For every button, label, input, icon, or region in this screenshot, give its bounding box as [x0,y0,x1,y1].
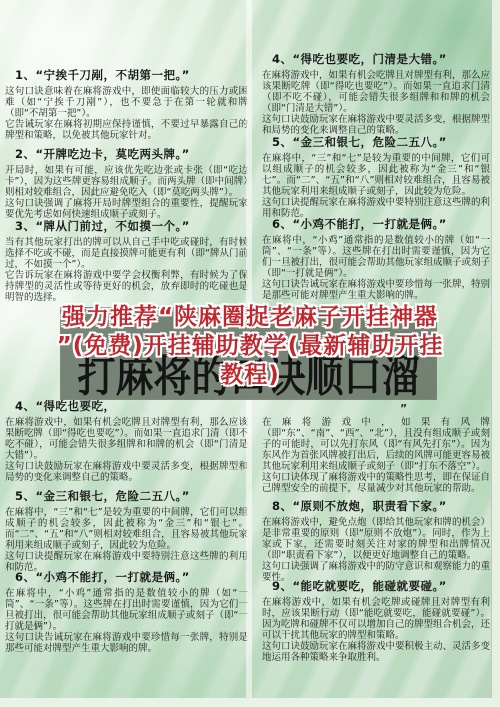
section-title: 2、“开牌吃边卡，莫吃两头牌。” [5,146,248,162]
right-section-5: 5、“金三和银七，危险二五八。” 在麻将中，“三”和“七”是较为重要的中间牌，它… [262,134,490,219]
section-paragraph: 这句口诀鼓励玩家在麻将游戏中要灵活多变，根据牌型和局势的变化来调整自己的策略。 [5,461,248,483]
section-paragraph: 在麻将游戏中，如果有风牌（即“东”、“南”、“西”、“北”），且没有组成顺子或刻… [262,417,490,472]
section-paragraph: 开局时，如果有可能，应该优先吃边张或卡张（即“吃边卡”），因为这些牌更容易组成顺… [5,165,248,198]
section-title: 6、“小鸡不能打，一打就是俩。” [5,569,248,585]
section-paragraph: 在麻将游戏中，避免点炮（即给其他玩家和牌的机会）是非常重要的原则（即“原则不放炮… [262,517,490,561]
section-title: 1、“宁挨千刀剐，不胡第一把。” [5,67,248,83]
promo-title-line-2: ”(免费)开挂辅助教学(最新辅助开挂 [52,332,448,361]
bottom-edge-strip [0,698,500,707]
right-section-8: 8、“原则不放炮，职责看下家。” 在麻将游戏中，避免点炮（即给其他玩家和牌的机会… [262,498,490,583]
section-paragraph: 这句口诀意味着在麻将游戏中，即使面临较大的压力或困难（如“宁挨千刀剐”），也不要… [5,86,248,119]
section-paragraph: 在麻将中，“小鸡”通常指的是数值较小的牌（如“一筒”、“一条”等）。这些牌在打出… [5,588,248,632]
right-edge-strip [491,0,500,707]
section-paragraph: 这句口诀鼓励玩家在麻将游戏中要积极主动、灵活多变地运用各种策略来争取胜利。 [262,641,490,663]
section-title: 9、“能吃就要吃，能碰就要碰。” [262,578,490,594]
left-section-2: 2、“开牌吃边卡，莫吃两头牌。” 开局时，如果有可能，应该优先吃边张或卡张（即“… [5,146,248,220]
section-paragraph: 在麻将游戏中，如果有机会吃牌且对牌型有利，那么应该果断吃牌（即“得吃也要吃”）。… [262,70,490,114]
left-section-4: 4、“得吃也要吃， 在麻将游戏中，如果有机会吃牌且对牌型有利，那么应该果断吃牌（… [5,398,248,483]
section-title: 5、“金三和银七，危险二五八。” [5,488,248,504]
right-section-4: 4、“得吃也要吃，门清是大错。” 在麻将游戏中，如果有机会吃牌且对牌型有利，那么… [262,51,490,136]
section-title: 8、“原则不放炮，职责看下家。” [262,498,490,514]
promo-title-line-1: 强力推荐“陕麻圈捉老麻子开挂神器 [52,303,448,332]
left-section-5: 5、“金三和银七，危险二五八。” 在麻将中，“三”和“七”是较为重要的中间牌，它… [5,488,248,573]
section-paragraph: 在麻将中，“三”和“七”是较为重要的中间牌，它们可以组成顺子的机会较多，因此被称… [5,507,248,551]
section-paragraph: 在麻将游戏中，如果有机会吃牌且对牌型有利，那么应该果断吃牌（即“得吃也要吃”）。… [5,417,248,461]
section-paragraph: 这句口诀体现了麻将游戏中的策略性思考，即在保证自己牌型安全的前提下，尽量减少对其… [262,472,490,494]
article-page: 1、“宁挨千刀剐，不胡第一把。” 这句口诀意味着在麻将游戏中，即使面临较大的压力… [0,0,500,707]
section-title: 4、“得吃也要吃，门清是大错。” [262,51,490,67]
section-paragraph: 这句口诀告诫玩家在麻将游戏中要珍惜每一张牌，特别是那些可能对牌型产生重大影响的牌… [262,279,490,301]
right-section-9: 9、“能吃就要吃，能碰就要碰。” 在麻将游戏中，如果有机会吃牌或碰牌且对牌型有利… [262,578,490,663]
section-paragraph: 当有其他玩家打出的牌可以从自己手中吃或碰时，有时候选择不吃或不碰，而是直接摸牌可… [5,237,248,270]
left-section-1: 1、“宁挨千刀剐，不胡第一把。” 这句口诀意味着在麻将游戏中，即使面临较大的压力… [5,67,248,141]
right-section-7: 在麻将游戏中，如果有风牌（即“东”、“南”、“西”、“北”），且没有组成顺子或刻… [262,417,490,494]
section-paragraph: 在麻将中，“三”和“七”是较为重要的中间牌，它们可以组成顺子的机会较多，因此被称… [262,153,490,197]
section-paragraph: 它告诉玩家在麻将游戏中要学会权衡利弊，有时候为了保持牌型的灵活性或等待更好的机会… [5,270,248,303]
section-title: 6、“小鸡不能打，一打就是俩。” [262,216,490,232]
section-paragraph: 在麻将游戏中，如果有机会吃牌或碰牌且对牌型有利时，应该果断行动（即“能吃就要吃，… [262,597,490,641]
left-section-3: 3、“牌从门前过，不如摸一个。” 当有其他玩家打出的牌可以从自己手中吃或碰时，有… [5,218,248,303]
section-paragraph: 这句口诀鼓励玩家在麻将游戏中要灵活多变，根据牌型和局势的变化来调整自己的策略。 [262,114,490,136]
left-section-6: 6、“小鸡不能打，一打就是俩。” 在麻将中，“小鸡”通常指的是数值较小的牌（如“… [5,569,248,654]
section-paragraph: 它告诫玩家在麻将初期应保持谨慎，不要过早暴露自己的牌型和策略，以免被其他玩家针对… [5,119,248,141]
promo-title-line-3: 教程) [52,361,448,390]
section-paragraph: 这句口诀告诫玩家在麻将游戏中要珍惜每一张牌，特别是那些可能对牌型产生重大影响的牌… [5,632,248,654]
section-title: 3、“牌从门前过，不如摸一个。” [5,218,248,234]
right-section-6: 6、“小鸡不能打，一打就是俩。” 在麻将中，“小鸡”通常指的是数值较小的牌（如“… [262,216,490,301]
section-title: 5、“金三和银七，危险二五八。” [262,134,490,150]
section-paragraph: 在麻将中，“小鸡”通常指的是数值较小的牌（如“一筒”、“一条”等）。这些牌在打出… [262,235,490,279]
promo-title: 强力推荐“陕麻圈捉老麻子开挂神器 ”(免费)开挂辅助教学(最新辅助开挂 教程) [52,303,448,390]
section-paragraph: 这句口诀强调了麻将开局时牌型组合的重要性，提醒玩家要优先考虑如何快速组成顺子或刻… [5,198,248,220]
